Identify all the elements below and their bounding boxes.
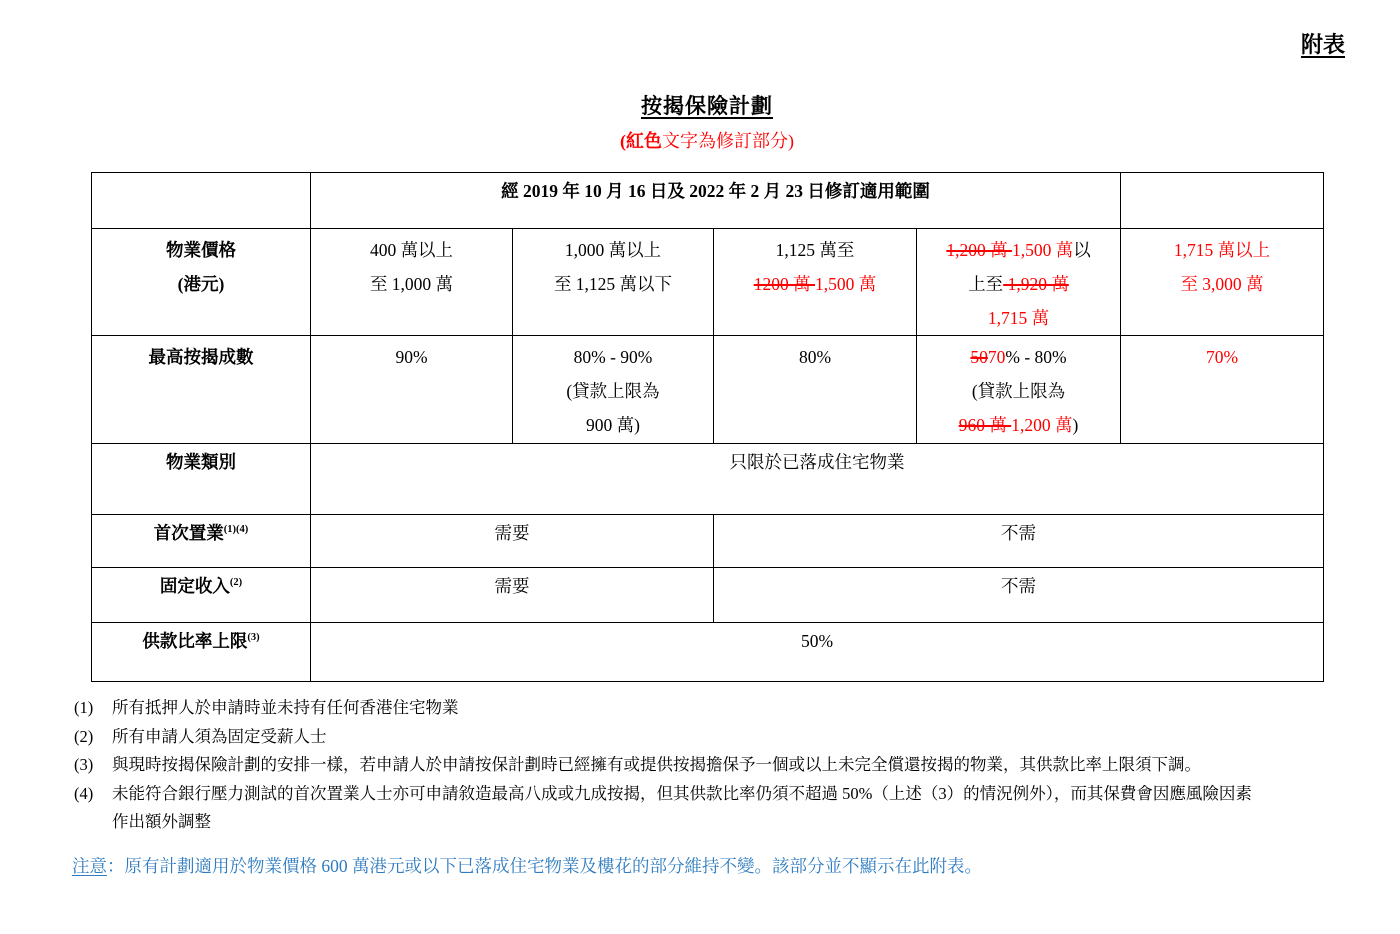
footnote-2: (2) 所有申請人須為固定受薪人士 xyxy=(74,723,1268,752)
footnote-3-number: (3) xyxy=(74,751,112,780)
price-band-2: 1,000 萬以上 至 1,125 萬以下 xyxy=(513,229,714,336)
footnote-3: (3) 與現時按揭保險計劃的安排一樣，若申請人於申請按保計劃時已經擁有或提供按揭… xyxy=(74,751,1268,780)
first-home-not-required: 不需 xyxy=(714,514,1324,567)
fixed-income-not-required: 不需 xyxy=(714,567,1324,622)
footnote-3-text: 與現時按揭保險計劃的安排一樣，若申請人於申請按保計劃時已經擁有或提供按揭擔保予一… xyxy=(112,751,1268,780)
ltv-band-1: 90% xyxy=(311,336,513,443)
table-row-fixed-income: 固定收入(2) 需要 不需 xyxy=(92,567,1324,622)
footnote-4-number: (4) xyxy=(74,780,112,809)
price-band-4: 1,200 萬 1,500 萬以 上至 1,920 萬 1,715 萬 xyxy=(917,229,1121,336)
page-subtitle: (紅色文字為修訂部分) xyxy=(91,127,1323,153)
footnotes-section: (1) 所有抵押人於申請時並未持有任何香港住宅物業 (2) 所有申請人須為固定受… xyxy=(74,694,1268,837)
table-row-property-type: 物業類別 只限於已落成住宅物業 xyxy=(92,443,1324,514)
footnote-1: (1) 所有抵押人於申請時並未持有任何香港住宅物業 xyxy=(74,694,1268,723)
property-type-label: 物業類別 xyxy=(92,443,311,514)
dsr-cap-label: 供款比率上限(3) xyxy=(92,622,311,681)
fixed-income-required: 需要 xyxy=(311,567,714,622)
mortgage-insurance-table: 經 2019 年 10 月 16 日及 2022 年 2 月 23 日修訂適用範… xyxy=(91,172,1324,682)
footnote-2-text: 所有申請人須為固定受薪人士 xyxy=(112,723,1268,752)
price-band-3: 1,125 萬至 1200 萬 1,500 萬 xyxy=(714,229,917,336)
max-ltv-label: 最高按揭成數 xyxy=(92,336,311,443)
table-row-revision-header: 經 2019 年 10 月 16 日及 2022 年 2 月 23 日修訂適用範… xyxy=(92,173,1324,229)
first-home-label: 首次置業(1)(4) xyxy=(92,514,311,567)
footnote-2-number: (2) xyxy=(74,723,112,752)
first-home-required: 需要 xyxy=(311,514,714,567)
ltv-band-5: 70% xyxy=(1121,336,1324,443)
ltv-band-3: 80% xyxy=(714,336,917,443)
table-row-first-home: 首次置業(1)(4) 需要 不需 xyxy=(92,514,1324,567)
table-row-dsr-cap: 供款比率上限(3) 50% xyxy=(92,622,1324,681)
price-band-1: 400 萬以上 至 1,000 萬 xyxy=(311,229,513,336)
appendix-label: 附表 xyxy=(1301,28,1345,59)
ltv-band-2: 80% - 90% (貸款上限為 900 萬) xyxy=(513,336,714,443)
bottom-note: 注意：原有計劃適用於物業價格 600 萬港元或以下已落成住宅物業及樓花的部分維持… xyxy=(72,853,1342,878)
property-type-value: 只限於已落成住宅物業 xyxy=(311,443,1324,514)
table-row-property-price: 物業價格 (港元) 400 萬以上 至 1,000 萬 1,000 萬以上 至 … xyxy=(92,229,1324,336)
footnote-4-text: 未能符合銀行壓力測試的首次置業人士亦可申請敘造最高八成或九成按揭，但其供款比率仍… xyxy=(112,780,1268,837)
price-band-5: 1,715 萬以上 至 3,000 萬 xyxy=(1121,229,1324,336)
title-block: 按揭保險計劃 (紅色文字為修訂部分) xyxy=(91,90,1323,153)
footnote-1-number: (1) xyxy=(74,694,112,723)
footnote-1-text: 所有抵押人於申請時並未持有任何香港住宅物業 xyxy=(112,694,1268,723)
empty-header-cell xyxy=(1121,173,1324,229)
page-title: 按揭保險計劃 xyxy=(91,90,1323,120)
empty-corner-cell xyxy=(92,173,311,229)
footnote-4: (4) 未能符合銀行壓力測試的首次置業人士亦可申請敘造最高八成或九成按揭，但其供… xyxy=(74,780,1268,837)
fixed-income-label: 固定收入(2) xyxy=(92,567,311,622)
property-price-label: 物業價格 (港元) xyxy=(92,229,311,336)
revision-scope-header: 經 2019 年 10 月 16 日及 2022 年 2 月 23 日修訂適用範… xyxy=(311,173,1121,229)
ltv-band-4: 5070% - 80% (貸款上限為 960 萬 1,200 萬) xyxy=(917,336,1121,443)
table-row-max-ltv: 最高按揭成數 90% 80% - 90% (貸款上限為 900 萬) 80% 5… xyxy=(92,336,1324,443)
dsr-cap-value: 50% xyxy=(311,622,1324,681)
